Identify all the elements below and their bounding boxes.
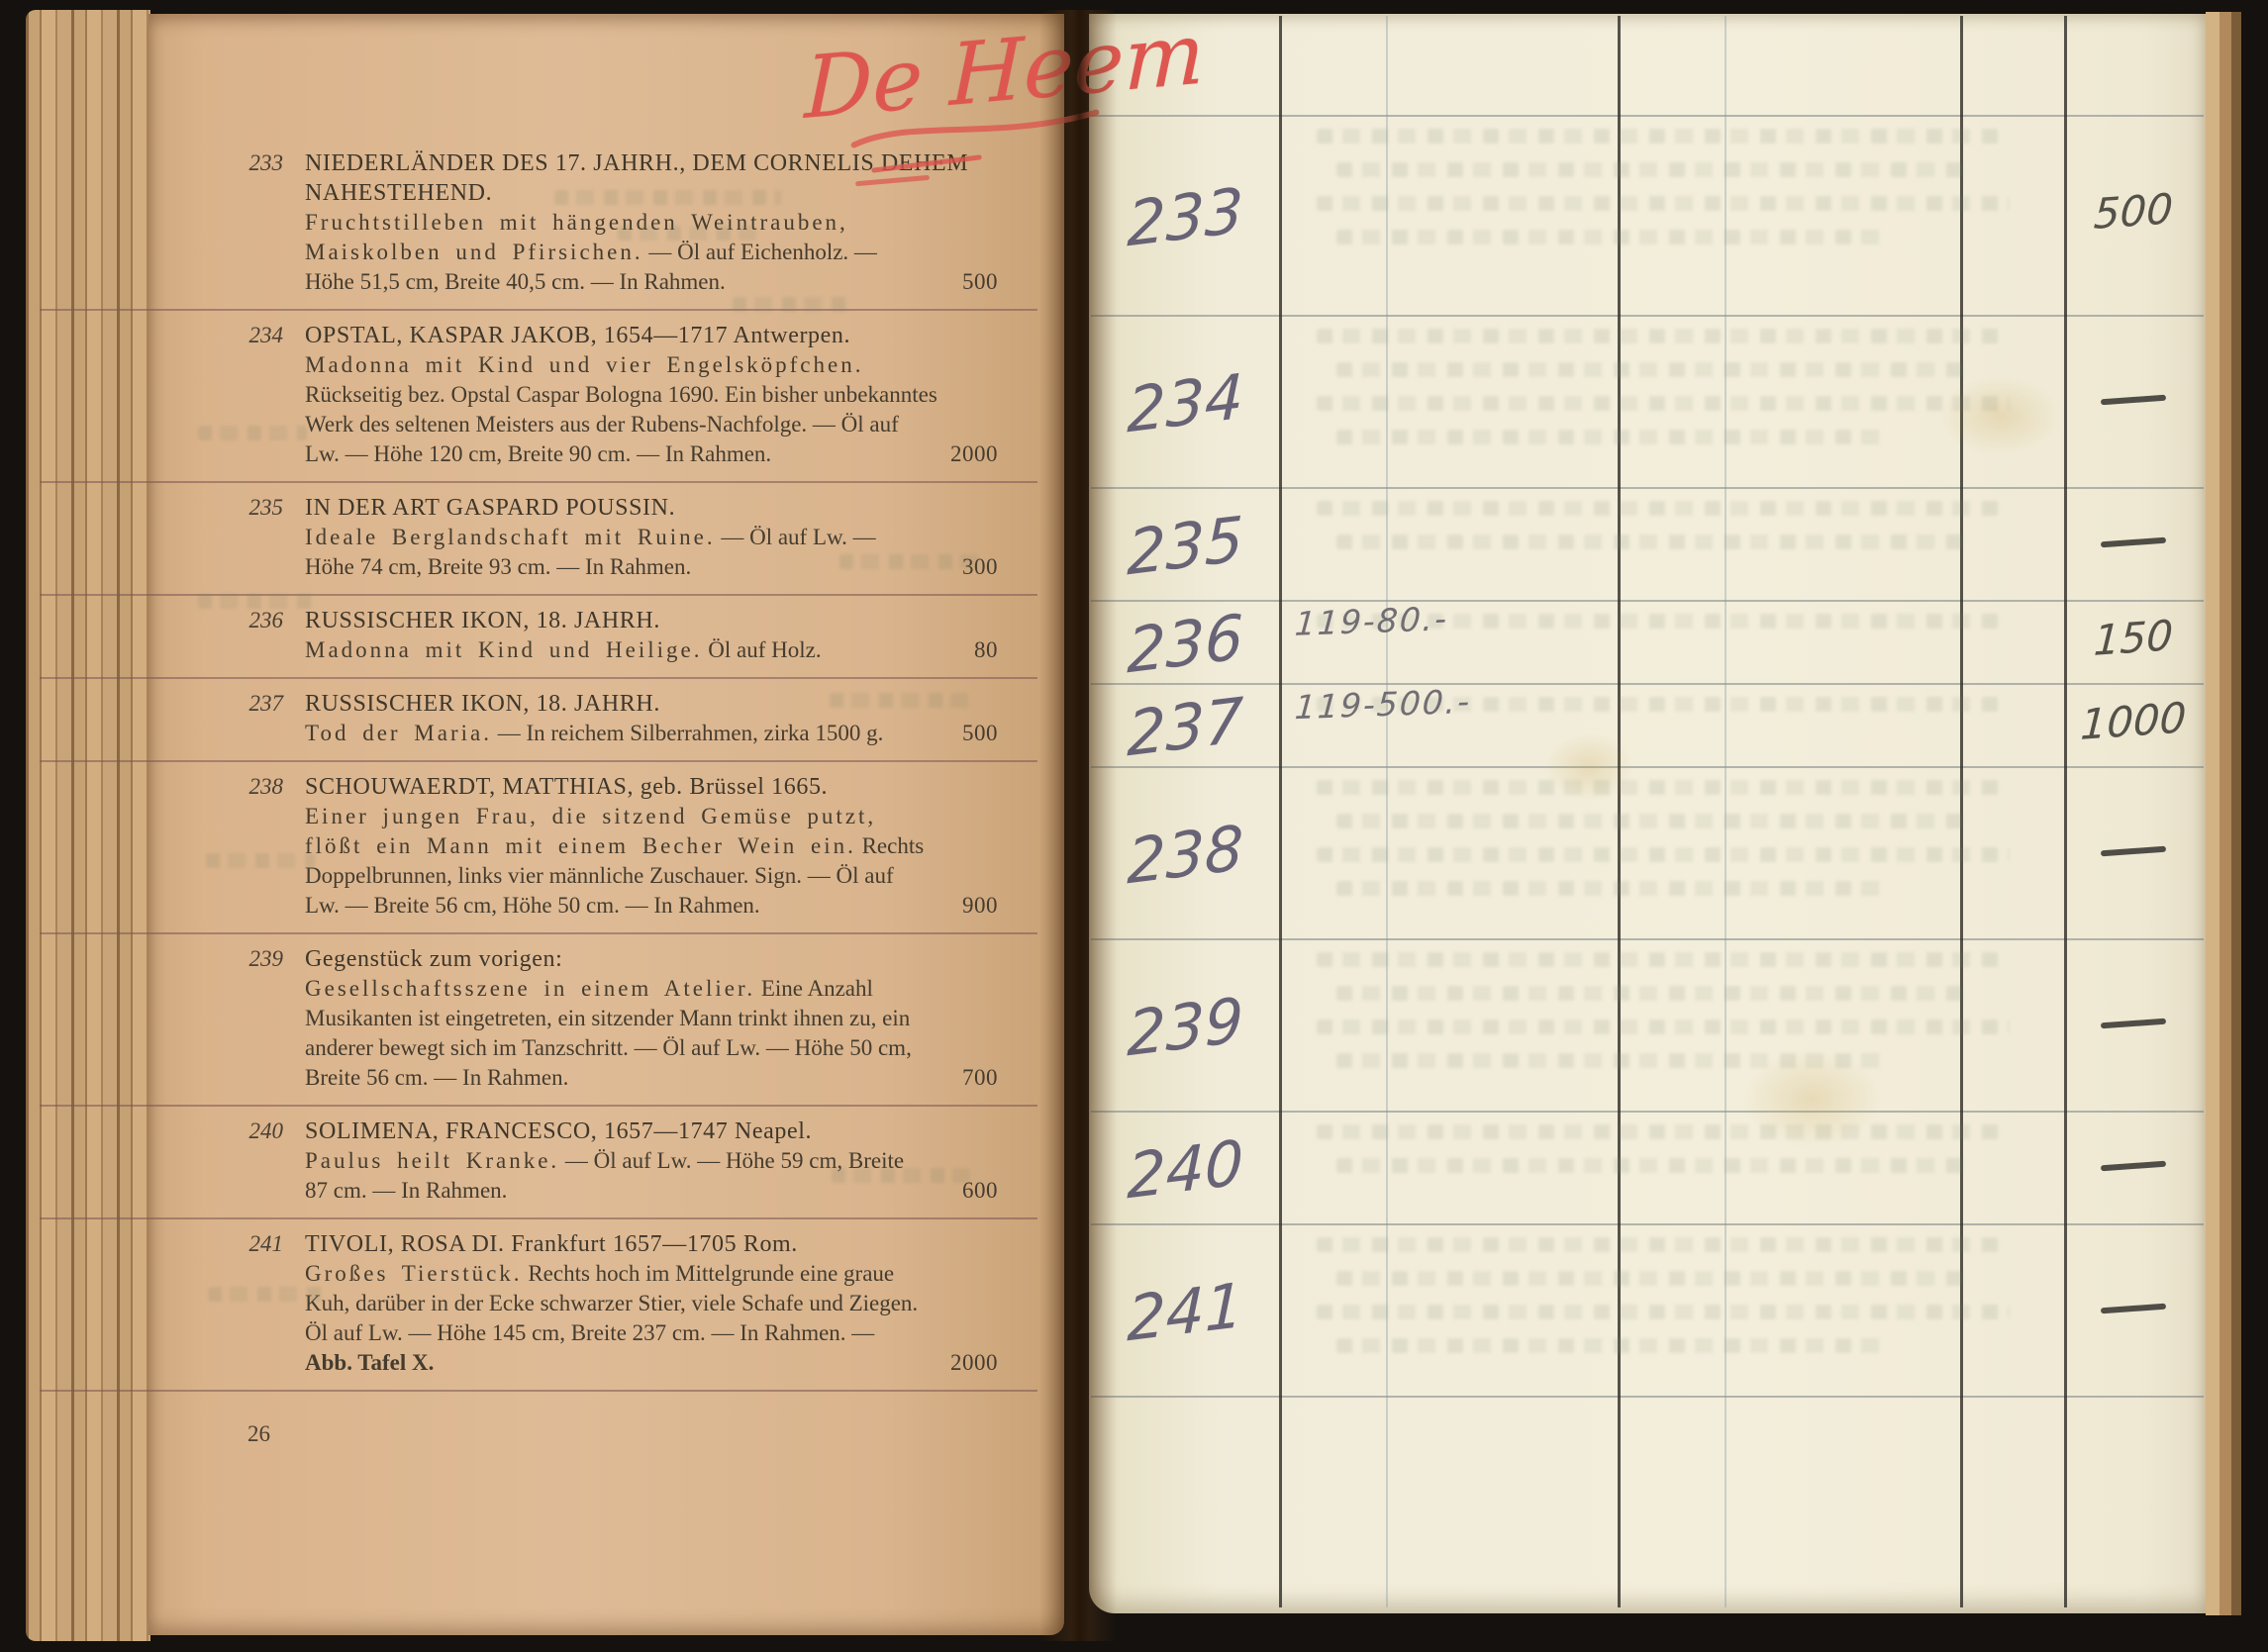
entry-body-line: Großes Tierstück. Rechts hoch im Mittelg… — [305, 1259, 998, 1289]
entry-body-line: Breite 56 cm. — In Rahmen.700 — [305, 1063, 998, 1093]
lot-number: 239 — [226, 944, 283, 974]
text-segment: Rechts — [856, 833, 924, 858]
lot-text: SCHOUWAERDT, MATTHIAS, geb. Brüssel 1665… — [305, 772, 998, 921]
bleedthrough-text — [1317, 196, 2010, 211]
catalog-entry: 241TIVOLI, ROSA DI. Frankfurt 1657—1705 … — [226, 1229, 998, 1378]
text-segment: Rechts hoch im Mittelgrunde eine graue — [523, 1261, 895, 1286]
entry-body-line: Höhe 51,5 cm, Breite 40,5 cm. — In Rahme… — [305, 267, 998, 297]
estimate-price: 700 — [962, 1063, 998, 1093]
catalog-entry: 234OPSTAL, KASPAR JAKOB, 1654—1717 Antwe… — [226, 321, 998, 469]
text-segment: Gesellschaftsszene in einem Atelier. — [305, 976, 755, 1001]
page-edge-stack-right — [2206, 12, 2241, 1615]
bleedthrough-text — [1317, 1305, 2010, 1319]
entry-separator — [40, 1390, 1037, 1392]
entry-separator — [40, 594, 1037, 596]
entry-heading-line: TIVOLI, ROSA DI. Frankfurt 1657—1705 Rom… — [305, 1229, 998, 1259]
text-segment: Doppelbrunnen, links vier männliche Zusc… — [305, 863, 894, 888]
text-segment: SOLIMENA, FRANCESCO, 1657—1747 Neapel. — [305, 1118, 812, 1144]
book-scan: De Heem 233NIEDERLÄNDER DES 17. JAHRH., … — [0, 0, 2268, 1652]
text-segment: Lw. — Breite 56 cm, Höhe 50 cm. — In Rah… — [305, 893, 760, 918]
bleedthrough-text — [1336, 986, 1970, 1001]
text-segment: flößt ein Mann mit einem Becher Wein ein… — [305, 833, 856, 858]
lot-number: 237 — [226, 689, 283, 719]
text-segment: OPSTAL, KASPAR JAKOB, 1654—1717 Antwerpe… — [305, 323, 850, 348]
paper-stain — [1742, 1049, 1881, 1148]
bleedthrough-text — [1317, 501, 2000, 516]
text-segment: Öl auf Lw. — Höhe 145 cm, Breite 237 cm.… — [305, 1320, 874, 1345]
ledger-row-line — [1091, 938, 2204, 940]
lot-text: NIEDERLÄNDER DES 17. JAHRH., DEM CORNELI… — [305, 148, 998, 297]
entry-body-line: Maiskolben und Pfirsichen. — Öl auf Eich… — [305, 238, 998, 267]
ledger-row-line — [1091, 115, 2204, 117]
handwritten-price-note: 119-80.- — [1294, 599, 1450, 643]
page-number: 26 — [247, 1421, 270, 1447]
entry-separator — [40, 677, 1037, 679]
lot-number: 236 — [226, 606, 283, 635]
bleedthrough-text — [1336, 534, 1970, 549]
text-segment: Musikanten ist eingetreten, ein sitzende… — [305, 1006, 910, 1030]
text-segment: Abb. Tafel X. — [305, 1350, 434, 1375]
catalog-entry: 233NIEDERLÄNDER DES 17. JAHRH., DEM CORN… — [226, 148, 998, 297]
text-segment: Einer jungen Frau, die sitzend Gemüse pu… — [305, 804, 876, 828]
ledger-column-line-faint — [1725, 16, 1726, 1607]
text-segment: Öl auf Holz. — [703, 637, 822, 662]
ledger-row-line — [1091, 487, 2204, 489]
text-segment: TIVOLI, ROSA DI. Frankfurt 1657—1705 Rom… — [305, 1231, 798, 1257]
bleedthrough-text — [554, 190, 782, 205]
entry-body-line: Madonna mit Kind und Heilige. Öl auf Hol… — [305, 635, 998, 665]
text-segment: Tod der Maria. — [305, 721, 492, 745]
lot-number: 233 — [226, 148, 283, 178]
estimate-price: 900 — [962, 891, 998, 921]
text-segment: Kuh, darüber in der Ecke schwarzer Stier… — [305, 1291, 918, 1315]
estimate-price: 80 — [974, 635, 998, 665]
entry-heading-line: SCHOUWAERDT, MATTHIAS, geb. Brüssel 1665… — [305, 772, 998, 802]
handwritten-result: 500 — [2066, 182, 2201, 241]
handwritten-price-note: 119-500.- — [1294, 682, 1473, 727]
entry-body-line: flößt ein Mann mit einem Becher Wein ein… — [305, 831, 998, 861]
catalog-entry: 238SCHOUWAERDT, MATTHIAS, geb. Brüssel 1… — [226, 772, 998, 921]
bleedthrough-text — [1336, 1158, 1970, 1173]
entry-body-line: Abb. Tafel X.2000 — [305, 1348, 998, 1378]
entry-heading-line: Gegenstück zum vorigen: — [305, 944, 998, 974]
text-segment: Paulus heilt Kranke. — [305, 1148, 559, 1173]
bleedthrough-text — [206, 853, 315, 868]
ledger-column-line — [1618, 16, 1621, 1607]
bleedthrough-text — [1317, 780, 2000, 795]
bleedthrough-text — [1336, 230, 1891, 244]
text-segment: NAHESTEHEND. — [305, 180, 492, 206]
bleedthrough-text — [1317, 952, 2000, 967]
text-segment: RUSSISCHER IKON, 18. JAHRH. — [305, 691, 660, 717]
ledger-column-line-faint — [1386, 16, 1388, 1607]
entry-separator — [40, 760, 1037, 762]
entry-body-line: Musikanten ist eingetreten, ein sitzende… — [305, 1004, 998, 1033]
ledger-row-line — [1091, 1396, 2204, 1398]
entry-body-line: Gesellschaftsszene in einem Atelier. Ein… — [305, 974, 998, 1004]
bleedthrough-text — [1336, 362, 1970, 377]
entry-separator — [40, 309, 1037, 311]
text-segment: Großes Tierstück. — [305, 1261, 523, 1286]
text-segment: Lw. — Höhe 120 cm, Breite 90 cm. — In Ra… — [305, 441, 771, 466]
bleedthrough-text — [1336, 881, 1891, 896]
entry-body-line: Lw. — Breite 56 cm, Höhe 50 cm. — In Rah… — [305, 891, 998, 921]
page-edge-stack-left — [26, 10, 150, 1641]
entry-body-line: Doppelbrunnen, links vier männliche Zusc… — [305, 861, 998, 891]
bleedthrough-text — [832, 1168, 970, 1183]
ledger-row-line — [1091, 766, 2204, 768]
bleedthrough-text — [618, 226, 756, 241]
text-segment: SCHOUWAERDT, MATTHIAS, geb. Brüssel 1665… — [305, 774, 828, 800]
entry-heading-line: OPSTAL, KASPAR JAKOB, 1654—1717 Antwerpe… — [305, 321, 998, 350]
ledger-column-line — [2064, 16, 2067, 1607]
text-segment: Breite 56 cm. — In Rahmen. — [305, 1065, 568, 1090]
lot-number: 238 — [226, 772, 283, 802]
lot-number: 240 — [226, 1117, 283, 1146]
text-segment: Rückseitig bez. Opstal Caspar Bologna 16… — [305, 382, 937, 407]
ledger-row-line — [1091, 1111, 2204, 1113]
ledger-row-line — [1091, 315, 2204, 317]
bleedthrough-text — [1317, 329, 2000, 343]
bleedthrough-text — [733, 297, 851, 312]
text-segment: Höhe 51,5 cm, Breite 40,5 cm. — In Rahme… — [305, 269, 726, 294]
bleedthrough-text — [839, 554, 978, 569]
handwritten-result: 150 — [2066, 609, 2201, 667]
text-segment: RUSSISCHER IKON, 18. JAHRH. — [305, 608, 660, 633]
text-segment: Madonna mit Kind und vier Engelsköpfchen… — [305, 352, 863, 377]
text-segment: 87 cm. — In Rahmen. — [305, 1178, 507, 1203]
entry-body-line: Lw. — Höhe 120 cm, Breite 90 cm. — In Ra… — [305, 439, 998, 469]
estimate-price: 500 — [962, 267, 998, 297]
text-segment: Werk des seltenen Meisters aus der Ruben… — [305, 412, 899, 437]
paper-stain — [1544, 732, 1633, 802]
lot-number: 241 — [226, 1229, 283, 1259]
text-segment: — Öl auf Lw. — — [716, 525, 876, 549]
catalog-entry: 240SOLIMENA, FRANCESCO, 1657—1747 Neapel… — [226, 1117, 998, 1206]
estimate-price: 2000 — [950, 1348, 998, 1378]
entry-heading-line: NIEDERLÄNDER DES 17. JAHRH., DEM CORNELI… — [305, 148, 998, 178]
entry-body-line: Tod der Maria. — In reichem Silberrahmen… — [305, 719, 998, 748]
bleedthrough-text — [1336, 162, 1970, 177]
text-segment: Höhe 74 cm, Breite 93 cm. — In Rahmen. — [305, 554, 691, 579]
bleedthrough-text — [1336, 430, 1891, 444]
entry-body-line: Werk des seltenen Meisters aus der Ruben… — [305, 410, 998, 439]
bleedthrough-text — [1317, 847, 2010, 862]
paper-stain — [1940, 376, 2059, 455]
bleedthrough-text — [1336, 814, 1970, 828]
text-segment: NIEDERLÄNDER DES 17. JAHRH., DEM CORNELI… — [305, 150, 881, 176]
bleedthrough-text — [198, 594, 317, 609]
text-segment: — Öl auf Eichenholz. — — [643, 240, 877, 264]
entry-heading-line: SOLIMENA, FRANCESCO, 1657—1747 Neapel. — [305, 1117, 998, 1146]
lot-text: Gegenstück zum vorigen:Gesellschaftsszen… — [305, 944, 998, 1093]
bleedthrough-text — [1336, 1271, 1970, 1286]
entry-separator — [40, 1217, 1037, 1219]
entry-body-line: Ideale Berglandschaft mit Ruine. — Öl au… — [305, 523, 998, 552]
estimate-price: 500 — [962, 719, 998, 748]
catalog-entry: 239Gegenstück zum vorigen:Gesellschaftss… — [226, 944, 998, 1093]
lot-number: 234 — [226, 321, 283, 350]
bleedthrough-text — [1317, 1124, 2000, 1139]
bleedthrough-text — [1317, 396, 2010, 411]
bleedthrough-text — [1317, 1237, 2000, 1252]
estimate-price: 2000 — [950, 439, 998, 469]
text-segment: anderer bewegt sich im Tanzschritt. — Öl… — [305, 1035, 912, 1060]
lot-number: 235 — [226, 493, 283, 523]
lot-text: OPSTAL, KASPAR JAKOB, 1654—1717 Antwerpe… — [305, 321, 998, 469]
ledger-column-line — [1279, 16, 1282, 1607]
entry-body-line: Einer jungen Frau, die sitzend Gemüse pu… — [305, 802, 998, 831]
entry-body-line: Rückseitig bez. Opstal Caspar Bologna 16… — [305, 380, 998, 410]
bleedthrough-text — [1317, 1020, 2010, 1034]
text-segment: Fruchtstilleben mit hängenden Weintraube… — [305, 210, 848, 235]
entry-separator — [40, 1105, 1037, 1107]
entry-separator — [40, 932, 1037, 934]
entry-heading-line: IN DER ART GASPARD POUSSIN. — [305, 493, 998, 523]
entry-heading-line: RUSSISCHER IKON, 18. JAHRH. — [305, 606, 998, 635]
lot-text: RUSSISCHER IKON, 18. JAHRH.Madonna mit K… — [305, 606, 998, 665]
text-segment: — In reichem Silberrahmen, zirka 1500 g. — [492, 721, 883, 745]
lot-text: TIVOLI, ROSA DI. Frankfurt 1657—1705 Rom… — [305, 1229, 998, 1378]
handwritten-result: 1000 — [2066, 692, 2201, 750]
ledger-row-line — [1091, 1223, 2204, 1225]
book-gutter — [1039, 10, 1117, 1641]
text-segment: Madonna mit Kind und Heilige. — [305, 637, 703, 662]
bleedthrough-text — [1317, 129, 2000, 144]
entry-separator — [40, 481, 1037, 483]
entry-body-line: Kuh, darüber in der Ecke schwarzer Stier… — [305, 1289, 998, 1318]
bleedthrough-text — [208, 1287, 327, 1302]
catalog-entry: 236RUSSISCHER IKON, 18. JAHRH.Madonna mi… — [226, 606, 998, 665]
bleedthrough-text — [830, 693, 978, 708]
text-segment: Eine Anzahl — [755, 976, 873, 1001]
lot-text: SOLIMENA, FRANCESCO, 1657—1747 Neapel.Pa… — [305, 1117, 998, 1206]
bleedthrough-text — [198, 426, 307, 440]
text-segment: Maiskolben und Pfirsichen. — [305, 240, 643, 264]
entry-body-line: Öl auf Lw. — Höhe 145 cm, Breite 237 cm.… — [305, 1318, 998, 1348]
entry-body-line: anderer bewegt sich im Tanzschritt. — Öl… — [305, 1033, 998, 1063]
red-struck-word: DEHEM — [881, 150, 968, 176]
bleedthrough-text — [1336, 1338, 1891, 1353]
text-segment: Gegenstück zum vorigen: — [305, 946, 562, 972]
text-segment: Ideale Berglandschaft mit Ruine. — [305, 525, 716, 549]
entry-body-line: Madonna mit Kind und vier Engelsköpfchen… — [305, 350, 998, 380]
ledger-column-line — [1960, 16, 1963, 1607]
text-segment: IN DER ART GASPARD POUSSIN. — [305, 495, 675, 521]
